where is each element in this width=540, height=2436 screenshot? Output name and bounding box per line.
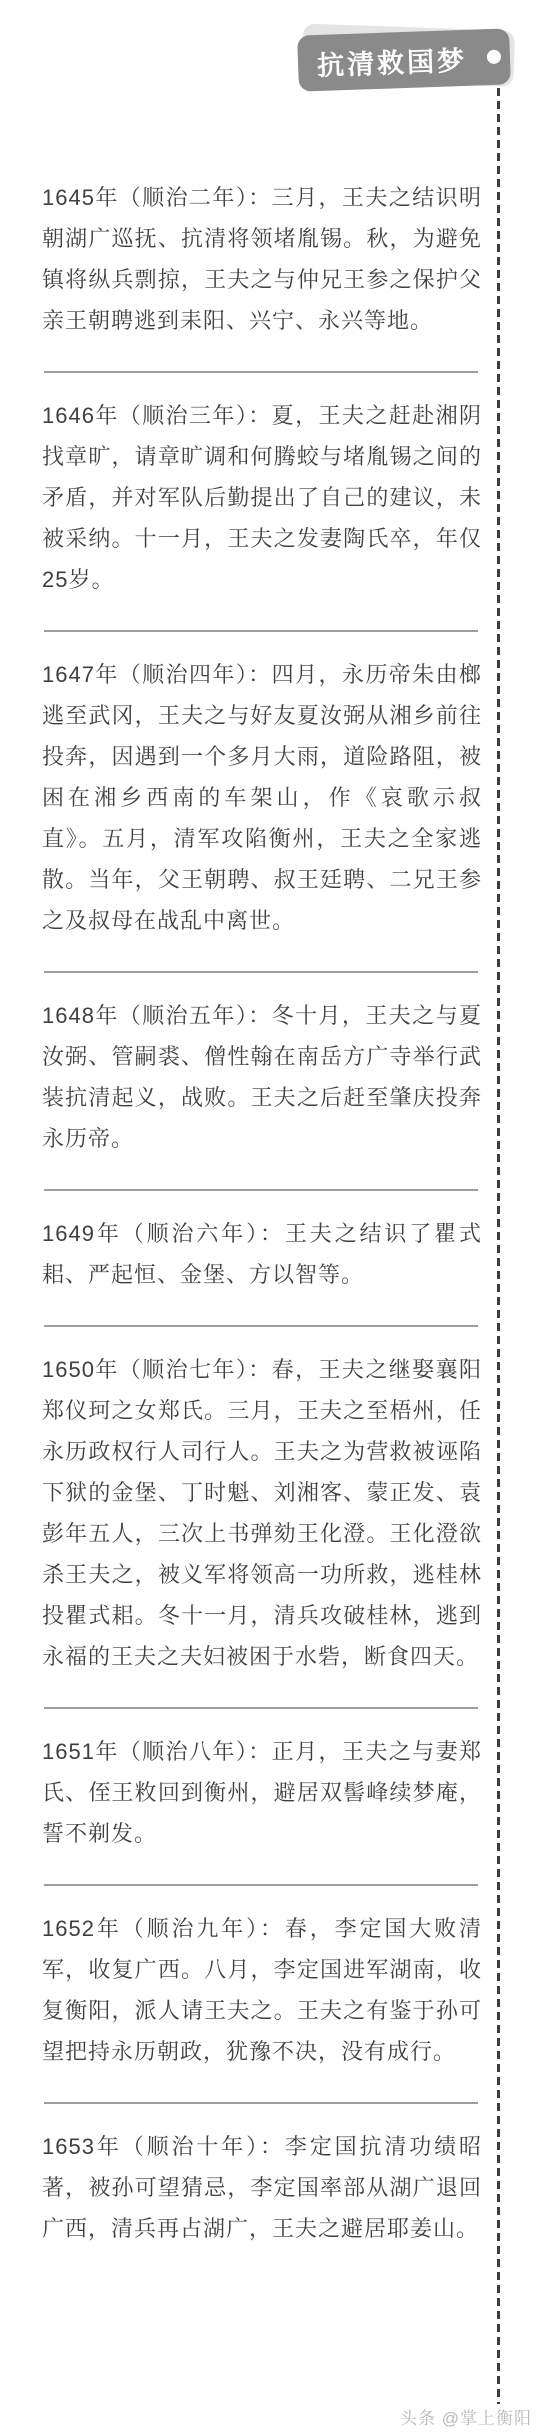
timeline-anchor-dot-icon xyxy=(487,50,501,64)
timeline-entry: 1648年（顺治五年）：冬十月，王夫之与夏汝弼、管嗣裘、僧性翰在南岳方广寺举行武… xyxy=(42,995,482,1159)
separator-line xyxy=(44,1325,478,1327)
timeline-entry: 1647年（顺治四年）：四月，永历帝朱由榔逃至武冈，王夫之与好友夏汝弼从湘乡前往… xyxy=(42,654,482,941)
timeline-entry: 1649年（顺治六年）：王夫之结识了瞿式耜、严起恒、金堡、方以智等。 xyxy=(42,1213,482,1295)
watermark: 头条 @掌上衡阳 xyxy=(400,2404,532,2429)
separator-line xyxy=(44,1707,478,1709)
separator-line xyxy=(44,971,478,973)
banner-tag: 抗清救国梦 xyxy=(297,28,511,91)
timeline-dashed-line xyxy=(497,88,500,2404)
timeline-list: 1645年（顺治二年）：三月，王夫之结识明朝湖广巡抚、抗清将领堵胤锡。秋，为避免… xyxy=(42,177,482,2249)
separator-line xyxy=(44,2102,478,2104)
section-title-banner: 抗清救国梦 xyxy=(298,32,510,88)
timeline-entry: 1646年（顺治三年）：夏，王夫之赶赴湘阴找章旷，请章旷调和何腾蛟与堵胤锡之间的… xyxy=(42,395,482,600)
separator-line xyxy=(44,1189,478,1191)
separator-line xyxy=(44,371,478,373)
timeline-entry: 1651年（顺治八年）：正月，王夫之与妻郑氏、侄王敉回到衡州，避居双髻峰续梦庵，… xyxy=(42,1731,482,1854)
timeline-entry: 1650年（顺治七年）：春，王夫之继娶襄阳郑仪珂之女郑氏。三月，王夫之至梧州，任… xyxy=(42,1349,482,1677)
timeline-entry: 1652年（顺治九年）：春，李定国大败清军，收复广西。八月，李定国进军湖南，收复… xyxy=(42,1908,482,2072)
separator-line xyxy=(44,630,478,632)
timeline-entry: 1645年（顺治二年）：三月，王夫之结识明朝湖广巡抚、抗清将领堵胤锡。秋，为避免… xyxy=(42,177,482,341)
separator-line xyxy=(44,1884,478,1886)
section-title: 抗清救国梦 xyxy=(316,38,467,82)
timeline-entry: 1653年（顺治十年）：李定国抗清功绩昭著，被孙可望猜忌，李定国率部从湖广退回广… xyxy=(42,2126,482,2249)
